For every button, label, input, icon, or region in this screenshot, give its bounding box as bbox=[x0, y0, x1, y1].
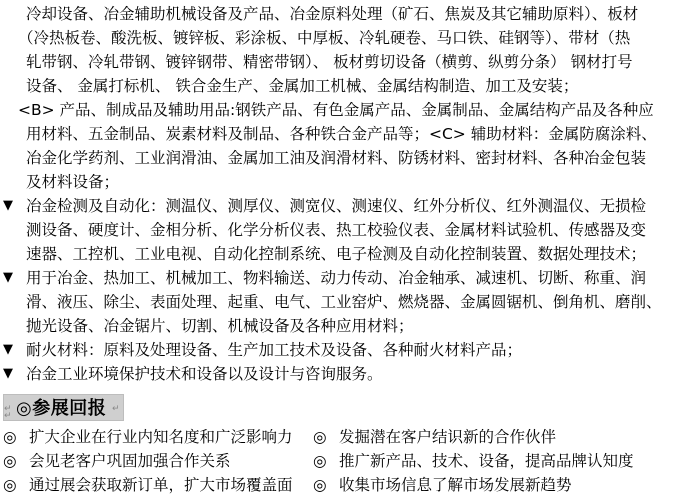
benefit-item: ◎ 扩大企业在行业内知名度和广泛影响力 bbox=[3, 425, 303, 449]
section-title: ◎参展回报 bbox=[16, 395, 106, 422]
bullet-line: 耐火材料：原料及处理设备、生产加工技术及设备、各种耐火材料产品； bbox=[26, 338, 522, 362]
benefit-text: 推广新产品、技术、设备，提高品牌认知度 bbox=[339, 449, 634, 473]
benefit-item: ◎ 发掘潜在客户结识新的合作伙伴 bbox=[313, 425, 673, 449]
bullet-line: 用于冶金、热加工、机械加工、物料输送、动力传动、冶金轴承、减速机、切断、称重、润 bbox=[26, 266, 646, 290]
scope-line: 及材料设备； bbox=[26, 170, 119, 194]
scope-line: （冷热板卷、酸洗板、镀锌板、彩涂板、中厚板、冷轧硬卷、马口铁、硅钢等）、带材（热 bbox=[18, 26, 630, 50]
double-circle-icon: ◎ bbox=[3, 473, 17, 497]
scope-line: <B> 产品、制成品及辅助用品:钢铁产品、有色金属产品、金属制品、金属结构产品及… bbox=[18, 98, 654, 122]
bullet-line: 冶金工业环境保护技术和设备以及设计与咨询服务。 bbox=[26, 362, 383, 386]
benefit-text: 会见老客户巩固加强合作关系 bbox=[29, 449, 231, 473]
triangle-bullet-icon: ▼ bbox=[3, 194, 13, 218]
bullet-line: 抛光设备、冶金锯片、切割、机械设备及各种应用材料； bbox=[26, 314, 414, 338]
benefit-text: 收集市场信息了解市场发展新趋势 bbox=[339, 473, 572, 497]
double-circle-icon: ◎ bbox=[313, 473, 327, 497]
double-circle-icon: ◎ bbox=[313, 425, 327, 449]
triangle-bullet-icon: ▼ bbox=[3, 266, 13, 290]
benefit-item: ◎ 推广新产品、技术、设备，提高品牌认知度 bbox=[313, 449, 673, 473]
double-circle-icon: ◎ bbox=[3, 425, 17, 449]
double-circle-icon: ◎ bbox=[313, 449, 327, 473]
scope-line: 用材料、五金制品、炭素材料及制品、各种铁合金产品等；<C> 辅助材料：金属防腐涂… bbox=[26, 122, 657, 146]
bullet-line: 速器、工控机、工业电视、自动化控制系统、电子检测及自动化控制装置、数据处理技术； bbox=[26, 242, 646, 266]
bullet-line: 测设备、硬度计、金相分析、化学分析仪表、热工校验仪表、金属材料试验机、传感器及变 bbox=[26, 218, 646, 242]
double-circle-icon: ◎ bbox=[3, 449, 17, 473]
benefit-text: 扩大企业在行业内知名度和广泛影响力 bbox=[29, 425, 293, 449]
bullet-line: 冶金检测及自动化：测温仪、测厚仪、测宽仪、测速仪、红外分析仪、红外测温仪、无损检 bbox=[26, 194, 646, 218]
scope-line: 冶金化学药剂、工业润滑油、金属加工油及润滑材料、防锈材料、密封材料、各种冶金包装 bbox=[26, 146, 646, 170]
bullet-line: 滑、液压、除尘、表面处理、起重、电气、工业窑炉、燃烧器、金属圆锯机、倒角机、磨削… bbox=[26, 290, 662, 314]
scope-line: 设备、 金属打标机、 铁合金生产、金属加工机械、金属结构制造、加工及安装； bbox=[26, 74, 578, 98]
scope-line: 轧带钢、冷轧带钢、镀锌钢带、精密带钢）、 板材剪切设备（横剪、纵剪分条） 钢材打… bbox=[26, 50, 633, 74]
triangle-bullet-icon: ▼ bbox=[3, 338, 13, 362]
scope-line: 冷却设备、冶金辅助机械设备及产品、冶金原料处理（矿石、焦炭及其它辅助原料）、板材 bbox=[26, 2, 638, 26]
section-header: ↵ ↵ ◎参展回报 ↵ bbox=[3, 394, 124, 421]
benefit-item: ◎ 会见老客户巩固加强合作关系 bbox=[3, 449, 303, 473]
paragraph-mark-icon: ↵ bbox=[4, 411, 12, 421]
paragraph-mark-icon: ↵ bbox=[112, 404, 120, 414]
benefit-text: 发掘潜在客户结识新的合作伙伴 bbox=[339, 425, 556, 449]
triangle-bullet-icon: ▼ bbox=[3, 362, 13, 386]
benefit-item: ◎ 收集市场信息了解市场发展新趋势 bbox=[313, 473, 673, 497]
benefit-text: 通过展会获取新订单，扩大市场覆盖面 bbox=[29, 473, 293, 497]
benefit-item: ◎ 通过展会获取新订单，扩大市场覆盖面 bbox=[3, 473, 303, 497]
